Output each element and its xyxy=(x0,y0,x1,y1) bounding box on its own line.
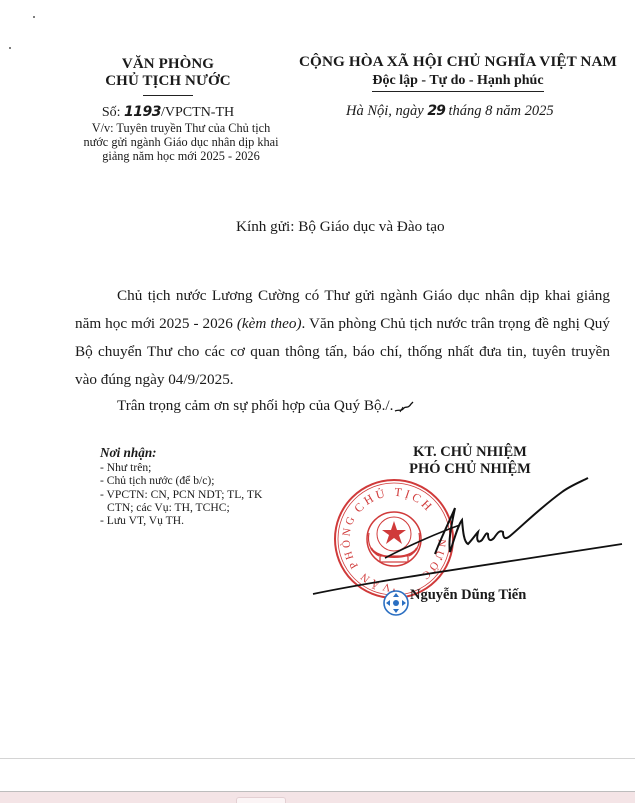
distribution-item: - Lưu VT, Vụ TH. xyxy=(100,514,300,527)
date-suffix: tháng 8 năm 2025 xyxy=(445,103,554,119)
scan-speck xyxy=(9,47,11,49)
distribution-label: Nơi nhận: xyxy=(100,445,300,461)
distribution-item: - VPCTN: CN, PCN NDT; TL, TK xyxy=(100,488,300,501)
date-prefix: Hà Nội, ngày xyxy=(346,103,427,119)
body-paragraph: Chủ tịch nước Lương Cường có Thư gửi ngà… xyxy=(75,282,610,394)
doc-number-handwritten: 1193 xyxy=(124,104,161,120)
signatory-title-line: KT. CHỦ NHIỆM xyxy=(380,444,560,461)
closing-text: Trân trọng cảm ơn sự phối hợp của Quý Bộ… xyxy=(117,397,393,414)
agency-underline xyxy=(143,95,193,96)
date-day-handwritten: 29 xyxy=(427,103,444,119)
doc-number-suffix: /VPCTN-TH xyxy=(161,105,234,120)
scan-speck xyxy=(33,16,35,18)
body-italic-note: (kèm theo) xyxy=(237,315,302,332)
signer-name: Nguyễn Dũng Tiến xyxy=(410,587,526,604)
national-motto: Độc lập - Tự do - Hạnh phúc xyxy=(372,72,543,92)
distribution-item: CTN; các Vụ: TH, TCHC; xyxy=(100,501,300,514)
page-bottom-rule xyxy=(0,758,635,759)
initial-mark-icon xyxy=(393,400,415,414)
agency-line-2: CHỦ TỊCH NƯỚC xyxy=(68,73,268,90)
national-header: CỘNG HÒA XÃ HỘI CHỦ NGHĨA VIỆT NAM Độc l… xyxy=(288,53,628,92)
viewer-bottom-bar xyxy=(0,791,635,803)
viewer-bottom-tab[interactable] xyxy=(236,797,286,803)
nation-name: CỘNG HÒA XÃ HỘI CHỦ NGHĨA VIỆT NAM xyxy=(288,53,628,71)
subject-line: nước gửi ngành Giáo dục nhân dịp khai xyxy=(76,135,286,149)
doc-number-prefix: Số: xyxy=(102,105,124,120)
addressee: Kính gửi: Bộ Giáo dục và Đào tạo xyxy=(236,218,445,236)
distribution-item: - Chủ tịch nước (để b/c); xyxy=(100,474,300,487)
agency-line-1: VĂN PHÒNG xyxy=(68,56,268,73)
issuing-agency: VĂN PHÒNG CHỦ TỊCH NƯỚC xyxy=(68,56,268,96)
pan-navigation-icon[interactable] xyxy=(383,590,409,616)
subject-line: V/v: Tuyên truyền Thư của Chủ tịch xyxy=(76,121,286,135)
closing-line: Trân trọng cảm ơn sự phối hợp của Quý Bộ… xyxy=(117,397,415,415)
document-number: Số: 1193/VPCTN-TH xyxy=(68,104,268,121)
letter-body: Chủ tịch nước Lương Cường có Thư gửi ngà… xyxy=(75,282,610,394)
document-subject: V/v: Tuyên truyền Thư của Chủ tịch nước … xyxy=(76,121,286,164)
distribution-item: - Như trên; xyxy=(100,461,300,474)
distribution-list: Nơi nhận: - Như trên; - Chủ tịch nước (đ… xyxy=(100,445,300,527)
date-line: Hà Nội, ngày 29 tháng 8 năm 2025 xyxy=(346,103,586,120)
subject-line: giảng năm học mới 2025 - 2026 xyxy=(76,149,286,163)
